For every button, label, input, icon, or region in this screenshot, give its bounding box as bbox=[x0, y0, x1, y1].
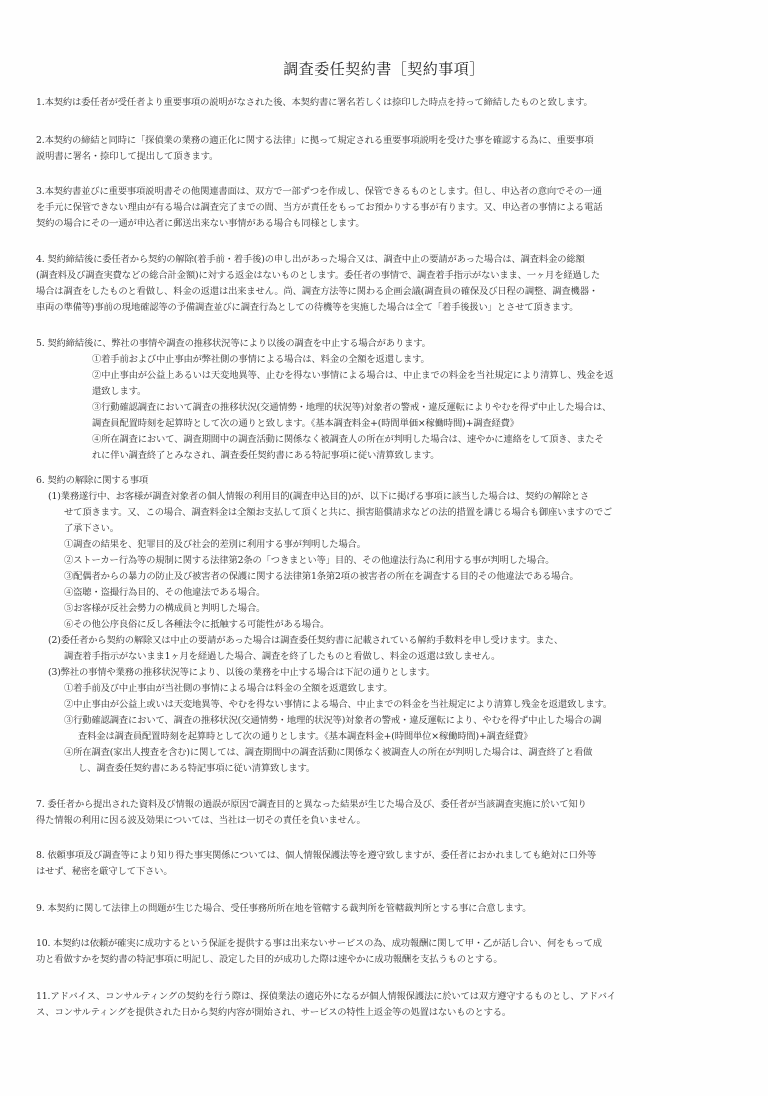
section-5-item: れに伴い調査終了とみなされ、調査委任契約書にある特記事項に従い清算致します。 bbox=[92, 450, 439, 462]
section-6-subitem: 調査着手指示がないまま1ヶ月を経過した場合、調査を終了したものと看做し、料金の返… bbox=[64, 651, 500, 663]
section-6-item: 査料金は調査員配置時刻を起算時として次の通りとします。《基本調査料金+(時間単位… bbox=[78, 731, 532, 743]
section-4-line: 車両の準備等)事前の現地確認等の予備調査並びに調査行為としての待機等を実施した場… bbox=[36, 302, 578, 314]
section-2-line: 2.本契約の締結と同時に「探偵業の業務の適正化に関する法律」に拠って規定される重… bbox=[36, 135, 593, 147]
section-1-line: 1.本契約は委任者が受任者より重要事項の説明がなされた後、本契約書に署名若しくは… bbox=[36, 97, 593, 109]
section-6-item: ①調査の結果を、犯罪目的及び社会的差別に利用する事が判明した場合。 bbox=[64, 539, 366, 551]
section-4-line: 4. 契約締結後に委任者から契約の解除(着手前・着手後)の申し出があった場合又は… bbox=[36, 254, 585, 266]
section-8-line: はせず、秘密を厳守して下さい。 bbox=[36, 866, 172, 878]
section-6-item: し、調査委任契約書にある特記事項に従い清算致します。 bbox=[78, 763, 315, 775]
section-6-item: ③配偶者からの暴力の防止及び被害者の保護に関する法律第1条第2項の被害者の所在を… bbox=[64, 571, 579, 583]
contract-page: 調査委任契約書［契約事項］ 1.本契約は委任者が受任者より重要事項の説明がなされ… bbox=[0, 0, 768, 1096]
section-11-line: 11.アドバイス、コンサルティングの契約を行う際は、探偵業法の適応外になるが個人… bbox=[36, 991, 616, 1003]
section-7-line: 得た情報の利用に因る波及効果については、当社は一切その責任を負いません。 bbox=[36, 815, 366, 827]
section-6-subitem: (3)弊社の事情や業務の推移状況等により、以後の業務を中止する場合は下記の通りと… bbox=[48, 667, 435, 679]
page-title: 調査委任契約書［契約事項］ bbox=[0, 58, 768, 79]
section-5-item: ③行動確認調査において調査の推移状況(交通情勢・地理的状況等)対象者の警戒・違反… bbox=[92, 402, 611, 414]
section-6-item: ③行動確認調査において、調査の推移状況(交通情勢・地理的状況等)対象者の警戒・違… bbox=[64, 715, 601, 727]
section-3-line: 3.本契約書並びに重要事項説明書その他関連書面は、双方で一部ずつを作成し、保管で… bbox=[36, 186, 602, 198]
section-5-item: ①着手前および中止事由が弊社側の事情による場合は、料金の全額を返還します。 bbox=[92, 354, 430, 366]
section-5-item: ④所在調査において、調査期間中の調査活動に関係なく被調査人の所在が判明した場合は… bbox=[92, 434, 604, 446]
section-6-subitem: 了承下さい。 bbox=[64, 523, 119, 535]
section-2-line: 説明書に署名・捺印して提出して頂きます。 bbox=[36, 151, 218, 163]
section-3-line: 契約の場合にその一通が申込者に郵送出来ない事情がある場合も同様とします。 bbox=[36, 218, 365, 230]
section-8-line: 8. 依頼事項及び調査等により知り得た事実関係については、個人情報保護法等を遵守… bbox=[36, 850, 596, 862]
section-6-subitem: (2)委任者から契約の解除又は中止の要請があった場合は調査委任契約書に記載されて… bbox=[48, 635, 563, 647]
section-5-item: ②中止事由が公益上あるいは天変地異等、止むを得ない事情による場合は、中止までの料… bbox=[92, 370, 613, 382]
section-6-heading: 6. 契約の解除に関する事項 bbox=[36, 475, 148, 487]
section-3-line: を手元に保管できない理由が有る場合は調査完了までの間、当方が責任をもってお預かり… bbox=[36, 202, 602, 214]
section-5-heading: 5. 契約締結後に、弊社の事情や調査の推移状況等により以後の調査を中止する場合が… bbox=[36, 338, 431, 350]
section-6-item: ⑤お客様が反社会勢力の構成員と判明した場合。 bbox=[64, 603, 265, 615]
section-6-subitem: (1)業務遂行中、お客様が調査対象者の個人情報の利用目的(調査申込目的)が、以下… bbox=[48, 491, 589, 503]
section-5-item: 還致します。 bbox=[92, 386, 146, 398]
section-10-line: 10. 本契約は依頼が確実に成功するという保証を提供する事は出来ないサービスの為… bbox=[36, 938, 602, 950]
section-6-item: ⑥その他公序良俗に反し各種法令に抵触する可能性がある場合。 bbox=[64, 619, 329, 631]
section-9-line: 9. 本契約に関して法律上の問題が生じた場合、受任事務所所在地を管轄する裁判所を… bbox=[36, 903, 531, 915]
section-10-line: 功と看做すかを契約書の特記事項に明記し、設定した目的が成功した際は速やかに成功報… bbox=[36, 954, 503, 966]
section-6-item: ①着手前及び中止事由が当社側の事情による場合は料金の全額を返還致します。 bbox=[64, 683, 393, 695]
section-6-item: ②中止事由が公益上或いは天変地異等、やむを得ない事情による場合、中止までの料金を… bbox=[64, 699, 612, 711]
section-4-line: (調査料及び調査実費などの総合計金額)に対する返金はないものとします。委任者の事… bbox=[36, 270, 600, 282]
section-11-line: ス、コンサルティングを提供された日から契約内容が開始され、サービスの特性上返金等… bbox=[36, 1007, 511, 1019]
section-6-item: ②ストーカー行為等の規制に関する法律第2条の「つきまとい等」目的、その他違法行為… bbox=[64, 555, 554, 567]
section-6-subitem: せて頂きます。又、この場合、調査料金は全額お支払して頂くと共に、損害賠償請求など… bbox=[64, 507, 612, 519]
section-6-item: ④盗聴・盗撮行為目的、その他違法である場合。 bbox=[64, 587, 265, 599]
section-5-item: 調査員配置時刻を起算時として次の通りと致します。《基本調査料金+(時間単価×稼働… bbox=[92, 418, 519, 430]
section-7-line: 7. 委任者から提出された資料及び情報の過誤が原因で調査目的と異なった結果が生じ… bbox=[36, 799, 587, 811]
section-4-line: 場合は調査をしたものと看做し、料金の返還は出来ません。尚、調査方法等に関わる企画… bbox=[36, 286, 598, 298]
section-6-item: ④所在調査(家出人捜査を含む)に関しては、調査期間中の調査活動に関係なく被調査人… bbox=[64, 747, 592, 759]
